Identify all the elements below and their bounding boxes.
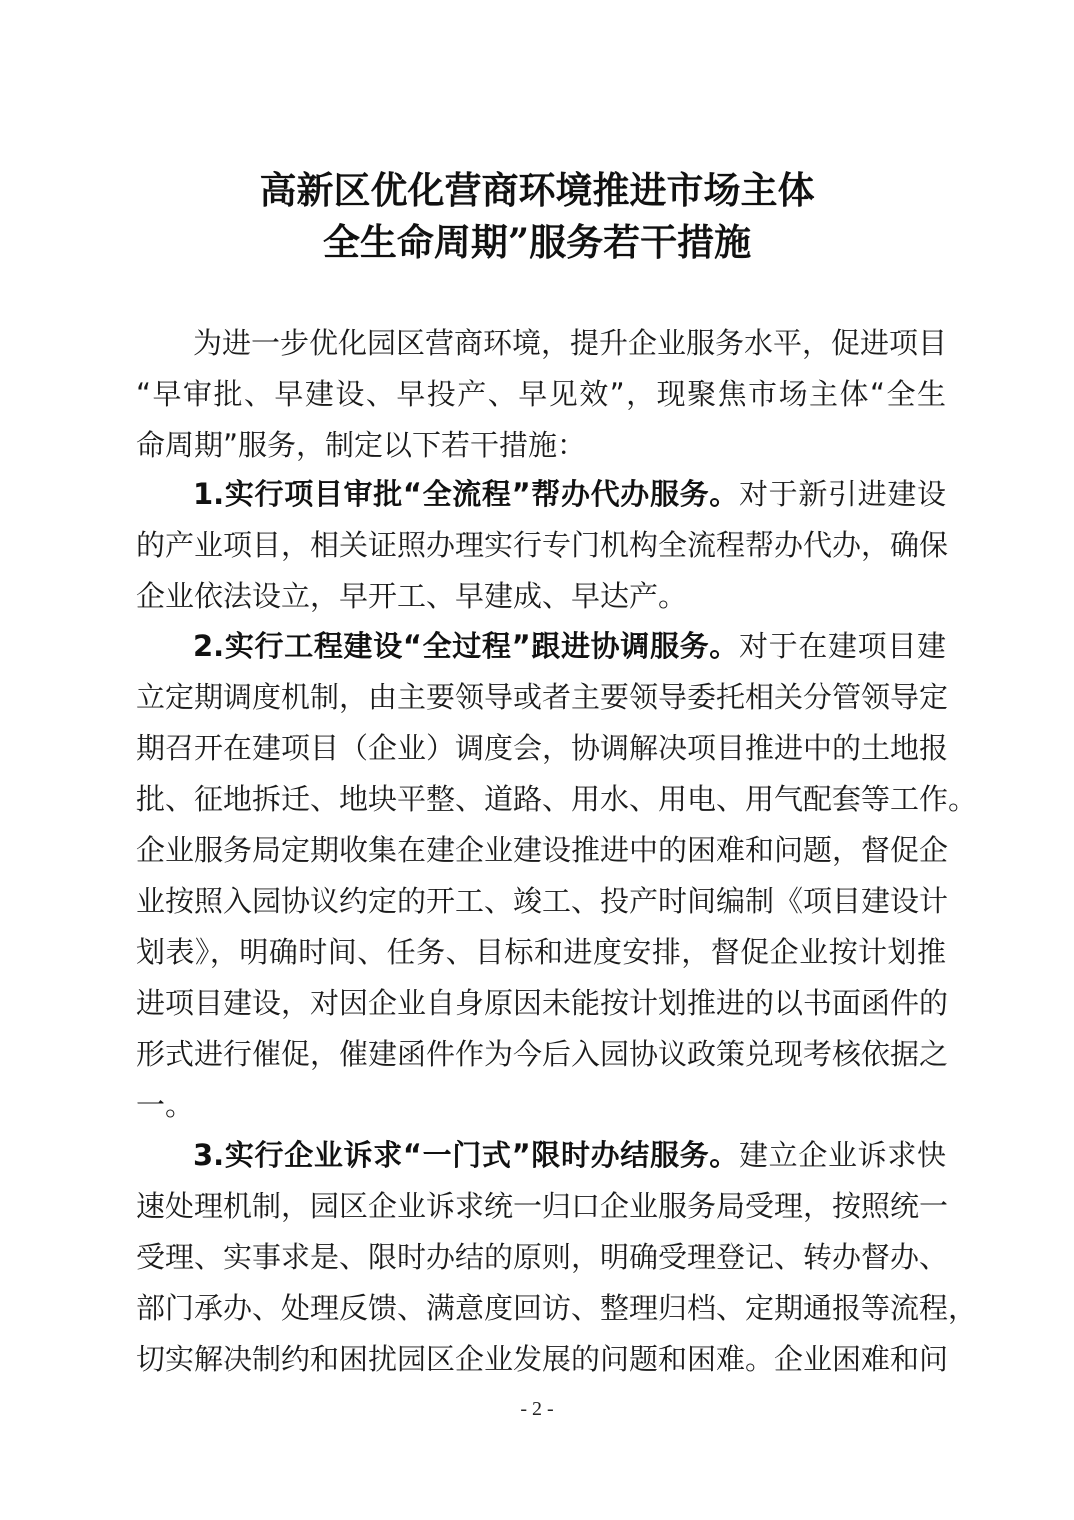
measure-2-line-6: 业按照入园协议约定的开工、竣工、投产时间编制《项目建设计 (136, 883, 946, 919)
measure-2-heading: 2.实行工程建设“全过程”跟进协调服务。 (193, 629, 739, 663)
measure-3-line-5: 切实解决制约和困扰园区企业发展的问题和困难。企业困难和问 (136, 1341, 946, 1377)
measure-2-line-10: 一。 (136, 1087, 946, 1123)
measure-1-first-line: 1.实行项目审批“全流程”帮办代办服务。对于新引进建设 (193, 476, 946, 512)
measure-2-first-line-rest: 对于在建项目建 (739, 629, 946, 663)
intro-line-3: 命周期”服务，制定以下若干措施： (136, 427, 946, 463)
measure-3-line-3: 受理、实事求是、限时办结的原则，明确受理登记、转办督办、 (136, 1239, 946, 1275)
measure-3-first-line-rest: 建立企业诉求快 (739, 1138, 946, 1172)
intro-line-2: “早审批、早建设、早投产、早见效”，现聚焦市场主体“全生 (136, 376, 946, 412)
measure-1-line-3: 企业依法设立，早开工、早建成、早达产。 (136, 578, 946, 614)
measure-1-first-line-rest: 对于新引进建设 (739, 477, 946, 511)
measure-2-line-9: 形式进行催促，催建函件作为今后入园协议政策兑现考核依据之 (136, 1036, 946, 1072)
measure-2-line-4: 批、征地拆迁、地块平整、道路、用水、用电、用气配套等工作。 (136, 781, 946, 817)
measure-3-first-line: 3.实行企业诉求“一门式”限时办结服务。建立企业诉求快 (193, 1137, 946, 1173)
measure-2-line-2: 立定期调度机制，由主要领导或者主要领导委托相关分管领导定 (136, 679, 946, 715)
measure-2-line-3: 期召开在建项目（企业）调度会，协调解决项目推进中的土地报 (136, 730, 946, 766)
measure-3-line-4: 部门承办、处理反馈、满意度回访、整理归档、定期通报等流程， (136, 1290, 946, 1326)
measure-1-heading: 1.实行项目审批“全流程”帮办代办服务。 (193, 477, 739, 511)
intro-line-1: 为进一步优化园区营商环境，提升企业服务水平，促进项目 (193, 325, 946, 361)
measure-2-line-8: 进项目建设，对因企业自身原因未能按计划推进的以书面函件的 (136, 985, 946, 1021)
page-number: - 2 - (0, 1398, 1074, 1421)
measure-1-line-2: 的产业项目，相关证照办理实行专门机构全流程帮办代办，确保 (136, 527, 946, 563)
measure-2-line-5: 企业服务局定期收集在建企业建设推进中的困难和问题，督促企 (136, 832, 946, 868)
measure-2-line-7: 划表》，明确时间、任务、目标和进度安排，督促企业按计划推 (136, 934, 946, 970)
measure-3-heading: 3.实行企业诉求“一门式”限时办结服务。 (193, 1138, 739, 1172)
document-title-line-1: 高新区优化营商环境推进市场主体 (0, 160, 1074, 214)
document-page: 高新区优化营商环境推进市场主体 全生命周期”服务若干措施 为进一步优化园区营商环… (0, 0, 1074, 1520)
measure-2-first-line: 2.实行工程建设“全过程”跟进协调服务。对于在建项目建 (193, 628, 946, 664)
measure-3-line-2: 速处理机制，园区企业诉求统一归口企业服务局受理，按照统一 (136, 1188, 946, 1224)
document-title-line-2: 全生命周期”服务若干措施 (0, 212, 1074, 266)
